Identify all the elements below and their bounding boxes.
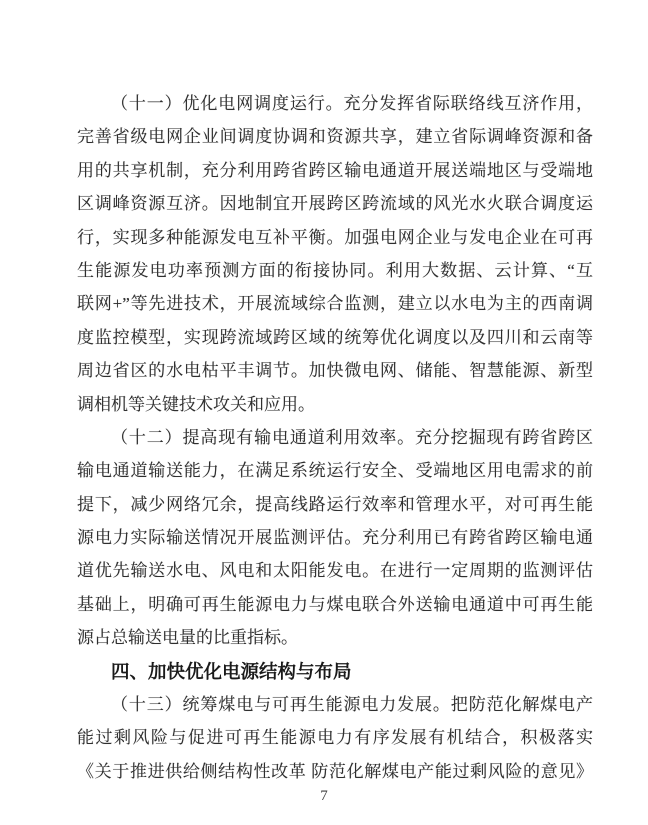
body-line: 区调峰资源互济。因地制宜开展跨区跨流域的风光水火联合调度运: [77, 187, 593, 220]
body-line: 完善省级电网企业间调度协调和资源共享，建立省际调峰资源和备: [77, 120, 593, 153]
body-line: 周边省区的水电枯平丰调节。加快微电网、储能、智慧能源、新型: [77, 354, 593, 387]
body-line: 输电通道输送能力，在满足系统运行安全、受端地区用电需求的前: [77, 454, 593, 487]
body-line: 行，实现多种能源发电互补平衡。加强电网企业与发电企业在可再: [77, 221, 593, 254]
body-line: （十二）提高现有输电通道利用效率。充分挖掘现有跨省跨区: [77, 421, 593, 454]
document-page: （十一）优化电网调度运行。充分发挥省际联络线互济作用， 完善省级电网企业间调度协…: [0, 0, 648, 825]
document-body: （十一）优化电网调度运行。充分发挥省际联络线互济作用， 完善省级电网企业间调度协…: [77, 87, 593, 788]
body-line: 道优先输送水电、风电和太阳能发电。在进行一定周期的监测评估: [77, 554, 593, 587]
body-line: 源占总输送电量的比重指标。: [77, 621, 593, 654]
body-line: 度监控模型，实现跨流域跨区域的统筹优化调度以及四川和云南等: [77, 321, 593, 354]
body-line: （十一）优化电网调度运行。充分发挥省际联络线互济作用，: [77, 87, 593, 120]
body-line: 联网+”等先进技术，开展流域综合监测，建立以水电为主的西南调: [77, 287, 593, 320]
body-line: 提下，减少网络冗余，提高线路运行效率和管理水平，对可再生能: [77, 488, 593, 521]
body-line: 基础上，明确可再生能源电力与煤电联合外送输电通道中可再生能: [77, 588, 593, 621]
body-line: 调相机等关键技术攻关和应用。: [77, 388, 593, 421]
section-heading: 四、加快优化电源结构与布局: [77, 655, 593, 688]
body-line: 生能源发电功率预测方面的衔接协同。利用大数据、云计算、“互: [77, 254, 593, 287]
body-line: 能过剩风险与促进可再生能源电力有序发展有机结合，积极落实: [77, 721, 593, 754]
page-number: 7: [0, 786, 648, 806]
body-line: 用的共享机制，充分利用跨省跨区输电通道开展送端地区与受端地: [77, 154, 593, 187]
body-line: （十三）统筹煤电与可再生能源电力发展。把防范化解煤电产: [77, 688, 593, 721]
body-line: 源电力实际输送情况开展监测评估。充分利用已有跨省跨区输电通: [77, 521, 593, 554]
body-line: 《关于推进供给侧结构性改革 防范化解煤电产能过剩风险的意见》: [77, 755, 593, 788]
